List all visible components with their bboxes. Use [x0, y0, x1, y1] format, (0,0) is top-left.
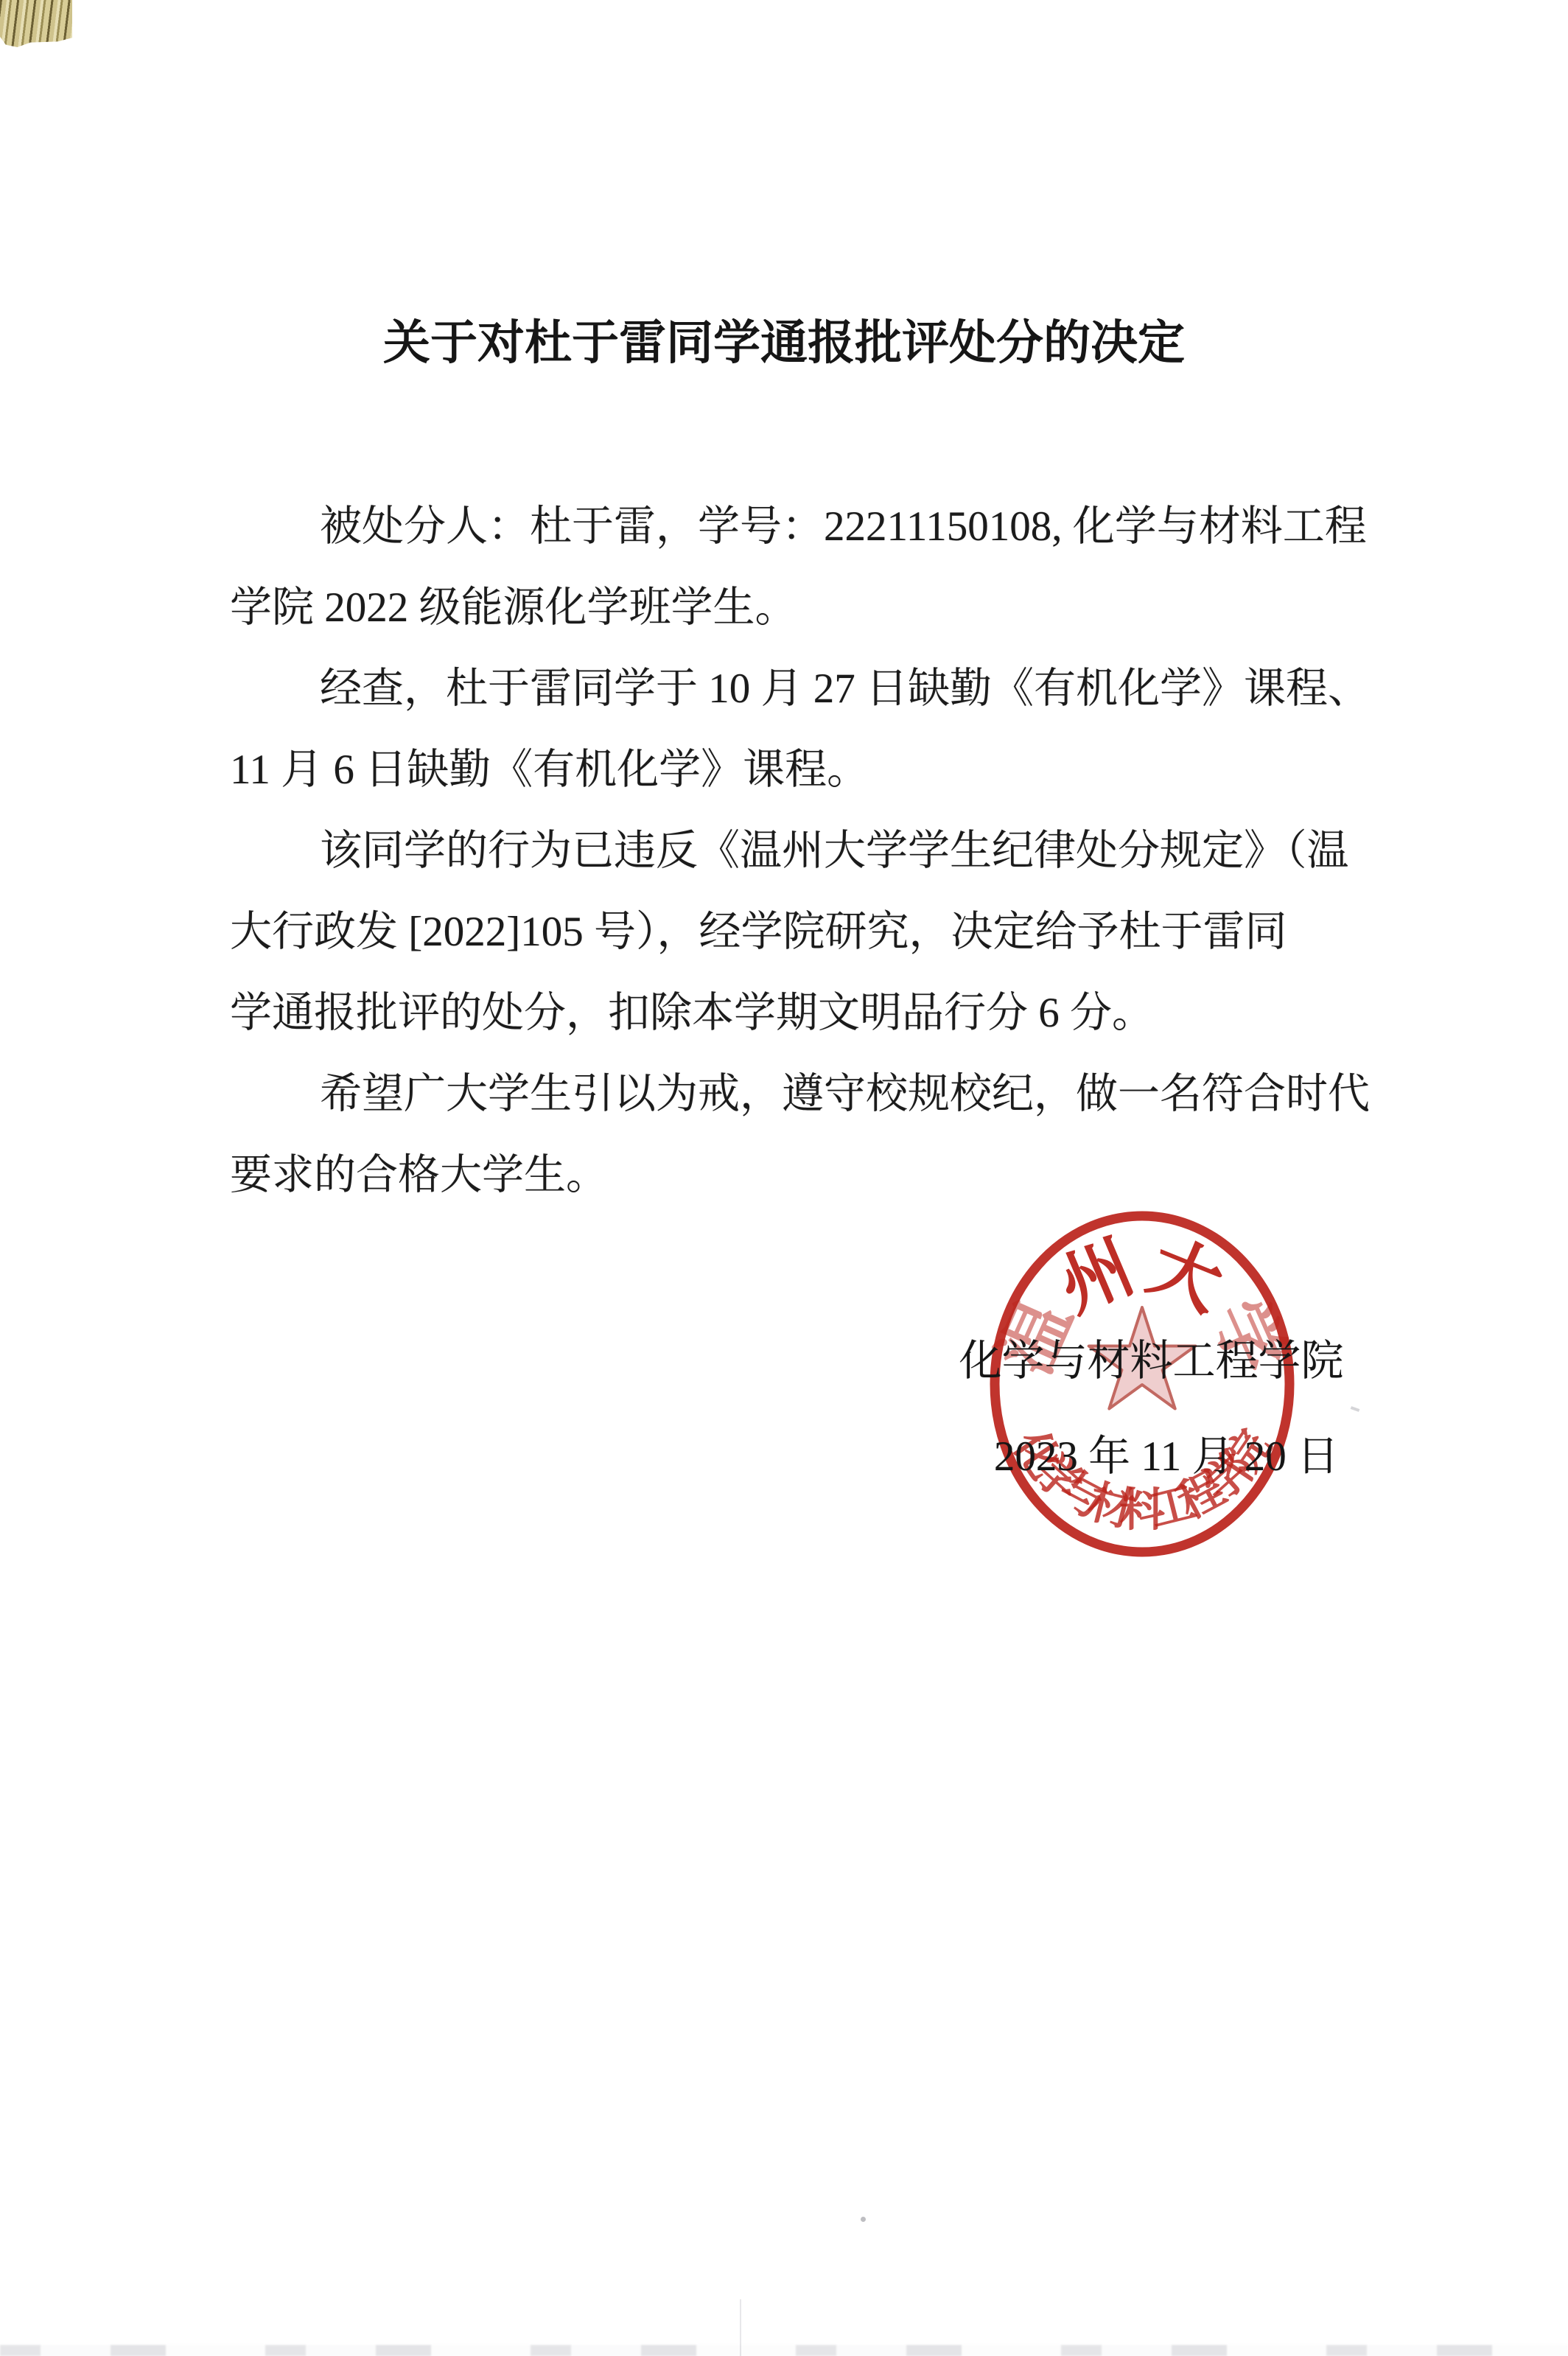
scan-speck: [1351, 1406, 1360, 1412]
body-line: 11 月 6 日缺勤《有机化学》课程。: [230, 730, 1357, 811]
scan-noise-band: [0, 2345, 1568, 2356]
scan-speck: [861, 2217, 866, 2222]
document-body: 被处分人：杜于雷，学号：22211150108, 化学与材料工程学院 2022 …: [230, 486, 1357, 1216]
document-title: 关于对杜于雷同学通报批评处分的决定: [209, 319, 1359, 368]
body-line: 被处分人：杜于雷，学号：22211150108, 化学与材料工程: [230, 486, 1357, 567]
body-line: 学院 2022 级能源化学班学生。: [230, 567, 1357, 649]
date-line: 2023 年 11 月 20 日: [990, 1436, 1343, 1478]
body-line: 该同学的行为已违反《温州大学学生纪律处分规定》（温: [230, 811, 1357, 892]
body-line: 经查，杜于雷同学于 10 月 27 日缺勤《有机化学》课程、: [230, 649, 1357, 730]
signature-line: 化学与材料工程学院: [943, 1339, 1359, 1383]
body-line: 学通报批评的处分，扣除本学期文明品行分 6 分。: [230, 973, 1357, 1054]
body-line: 希望广大学生引以为戒，遵守校规校纪，做一名符合时代: [230, 1054, 1357, 1135]
scan-stray-line: [740, 2299, 741, 2356]
scan-corner-artifact: [0, 0, 72, 47]
scanned-document-page: 关于对杜于雷同学通报批评处分的决定 被处分人：杜于雷，学号：2221115010…: [0, 0, 1568, 2356]
body-line: 大行政发 [2022]105 号），经学院研究，决定给予杜于雷同: [230, 892, 1357, 973]
